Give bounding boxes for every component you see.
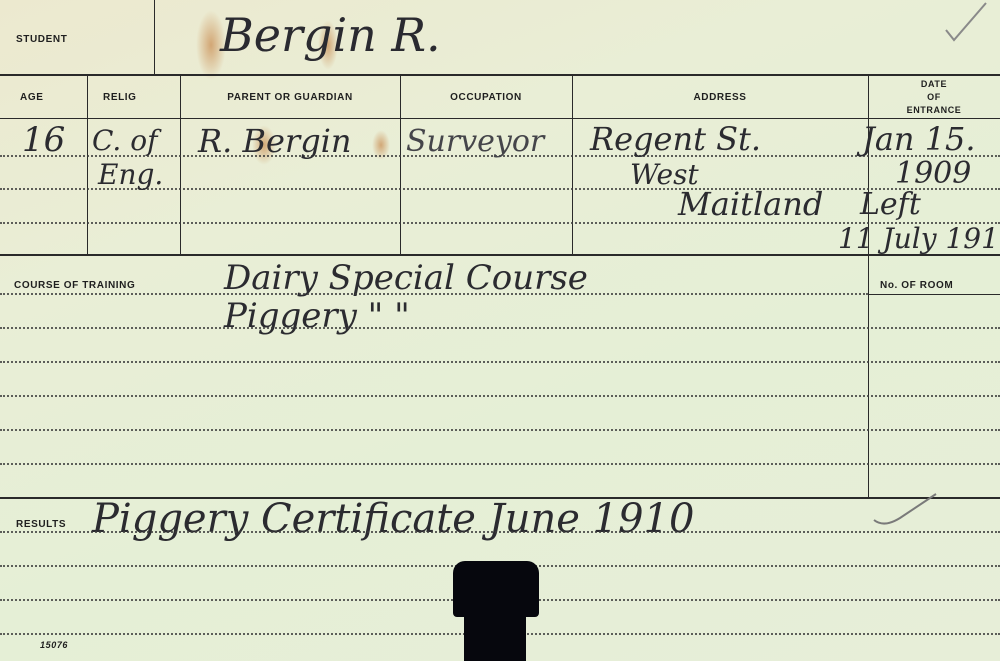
age-value: 16 — [22, 120, 65, 160]
address-value-line3: Maitland — [678, 185, 823, 223]
parent-value: R. Bergin — [198, 122, 352, 160]
check-mark-icon — [870, 490, 940, 530]
results-text: Piggery Certificate June 1910 — [92, 496, 694, 542]
occupation-value: Surveyor — [406, 124, 544, 159]
student-name: Bergin R. — [220, 8, 441, 62]
ruled-line — [0, 327, 1000, 329]
results-label: RESULTS — [16, 519, 66, 530]
parent-header: PARENT OR GUARDIAN — [180, 92, 400, 103]
check-mark-icon — [940, 0, 990, 45]
ruled-line — [0, 293, 868, 295]
ruled-line — [0, 429, 1000, 431]
date-header-line1: DATE — [868, 79, 1000, 89]
student-record-card: STUDENT Bergin R. AGE RELIG PARENT OR GU… — [0, 0, 1000, 661]
religion-value-line2: Eng. — [98, 158, 163, 191]
date-header-line3: ENTRANCE — [868, 105, 1000, 115]
occupation-header: OCCUPATION — [400, 92, 572, 103]
course-line-2: Piggery " " — [224, 296, 410, 336]
room-label: No. OF ROOM — [880, 280, 953, 291]
ruled-line — [0, 395, 1000, 397]
left-note: Left — [860, 187, 921, 222]
entrance-date-line1: Jan 15. — [862, 120, 976, 158]
card-number: 15076 — [40, 640, 68, 650]
divider — [868, 294, 1000, 295]
ruled-line — [0, 463, 1000, 465]
student-label: STUDENT — [16, 34, 67, 45]
address-header: ADDRESS — [572, 92, 868, 103]
date-header-line2: OF — [868, 92, 1000, 102]
religion-value-line1: C. of — [92, 124, 157, 157]
religion-header: RELIG — [103, 92, 137, 103]
ruled-line — [0, 361, 1000, 363]
address-value-line1: Regent St. — [590, 120, 761, 158]
divider — [87, 74, 88, 254]
punch-hole-stem — [464, 610, 526, 661]
course-label: COURSE OF TRAINING — [14, 280, 135, 291]
divider — [0, 254, 1000, 256]
divider — [0, 118, 1000, 119]
divider — [154, 0, 155, 74]
course-line-1: Dairy Special Course — [224, 258, 588, 298]
punch-hole — [453, 561, 539, 617]
ruled-line — [0, 531, 1000, 533]
age-header: AGE — [20, 92, 43, 103]
left-date: 11 July 1910 — [838, 222, 1000, 255]
divider — [0, 74, 1000, 76]
entrance-date-line2: 1909 — [895, 156, 971, 191]
